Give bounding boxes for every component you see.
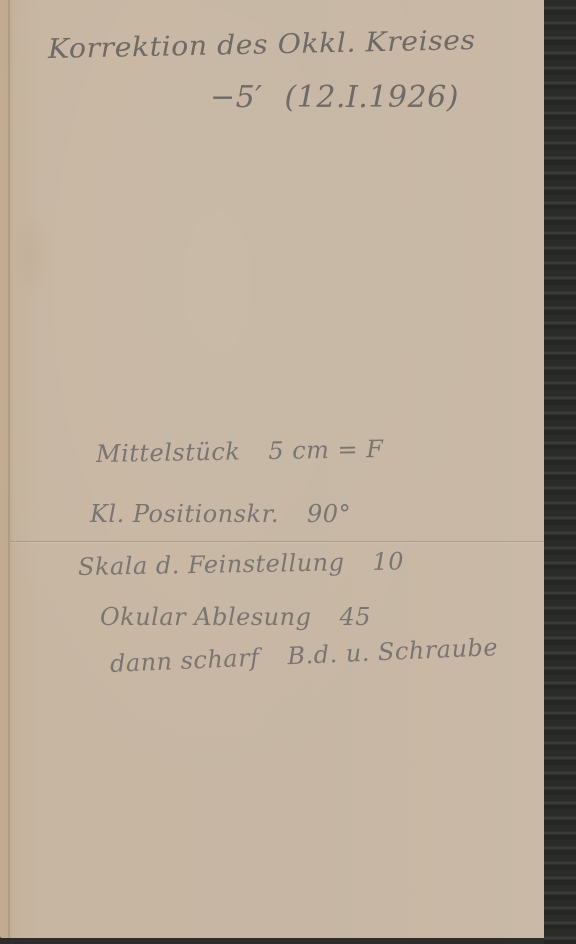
heading-title: Korrektion des Okkl. Kreises	[48, 25, 476, 65]
note-label: Skala d. Feinstellung	[78, 548, 345, 581]
note-label: Mittelstück	[96, 437, 241, 468]
note-value: B.d. u. Schraube	[287, 633, 499, 670]
scanned-page: Korrektion des Okkl. Kreises −5′(12.I.19…	[0, 0, 576, 944]
note-line: dann scharfB.d. u. Schraube	[109, 633, 498, 678]
note-label: Kl. Positionskr.	[90, 500, 279, 528]
note-line: Mittelstück5 cm = F	[96, 435, 384, 468]
note-line: Kl. Positionskr.90°	[90, 500, 351, 528]
paper-sheet: Korrektion des Okkl. Kreises −5′(12.I.19…	[0, 0, 545, 938]
fold-line	[10, 541, 545, 542]
note-label: Okular Ablesung	[100, 603, 311, 631]
note-value: 5 cm = F	[268, 435, 384, 465]
note-line: Skala d. Feinstellung10	[78, 547, 404, 581]
paper-stain	[12, 210, 52, 300]
correction-value: −5′	[210, 80, 263, 115]
note-label: dann scharf	[109, 643, 260, 677]
note-line: Okular Ablesung45	[100, 603, 371, 631]
note-value: 90°	[307, 500, 351, 528]
book-binding	[544, 0, 576, 944]
heading-date: (12.I.1926)	[285, 80, 459, 115]
note-value: 10	[372, 547, 404, 576]
note-value: 45	[339, 603, 371, 631]
heading-subtitle: −5′(12.I.1926)	[210, 80, 459, 115]
